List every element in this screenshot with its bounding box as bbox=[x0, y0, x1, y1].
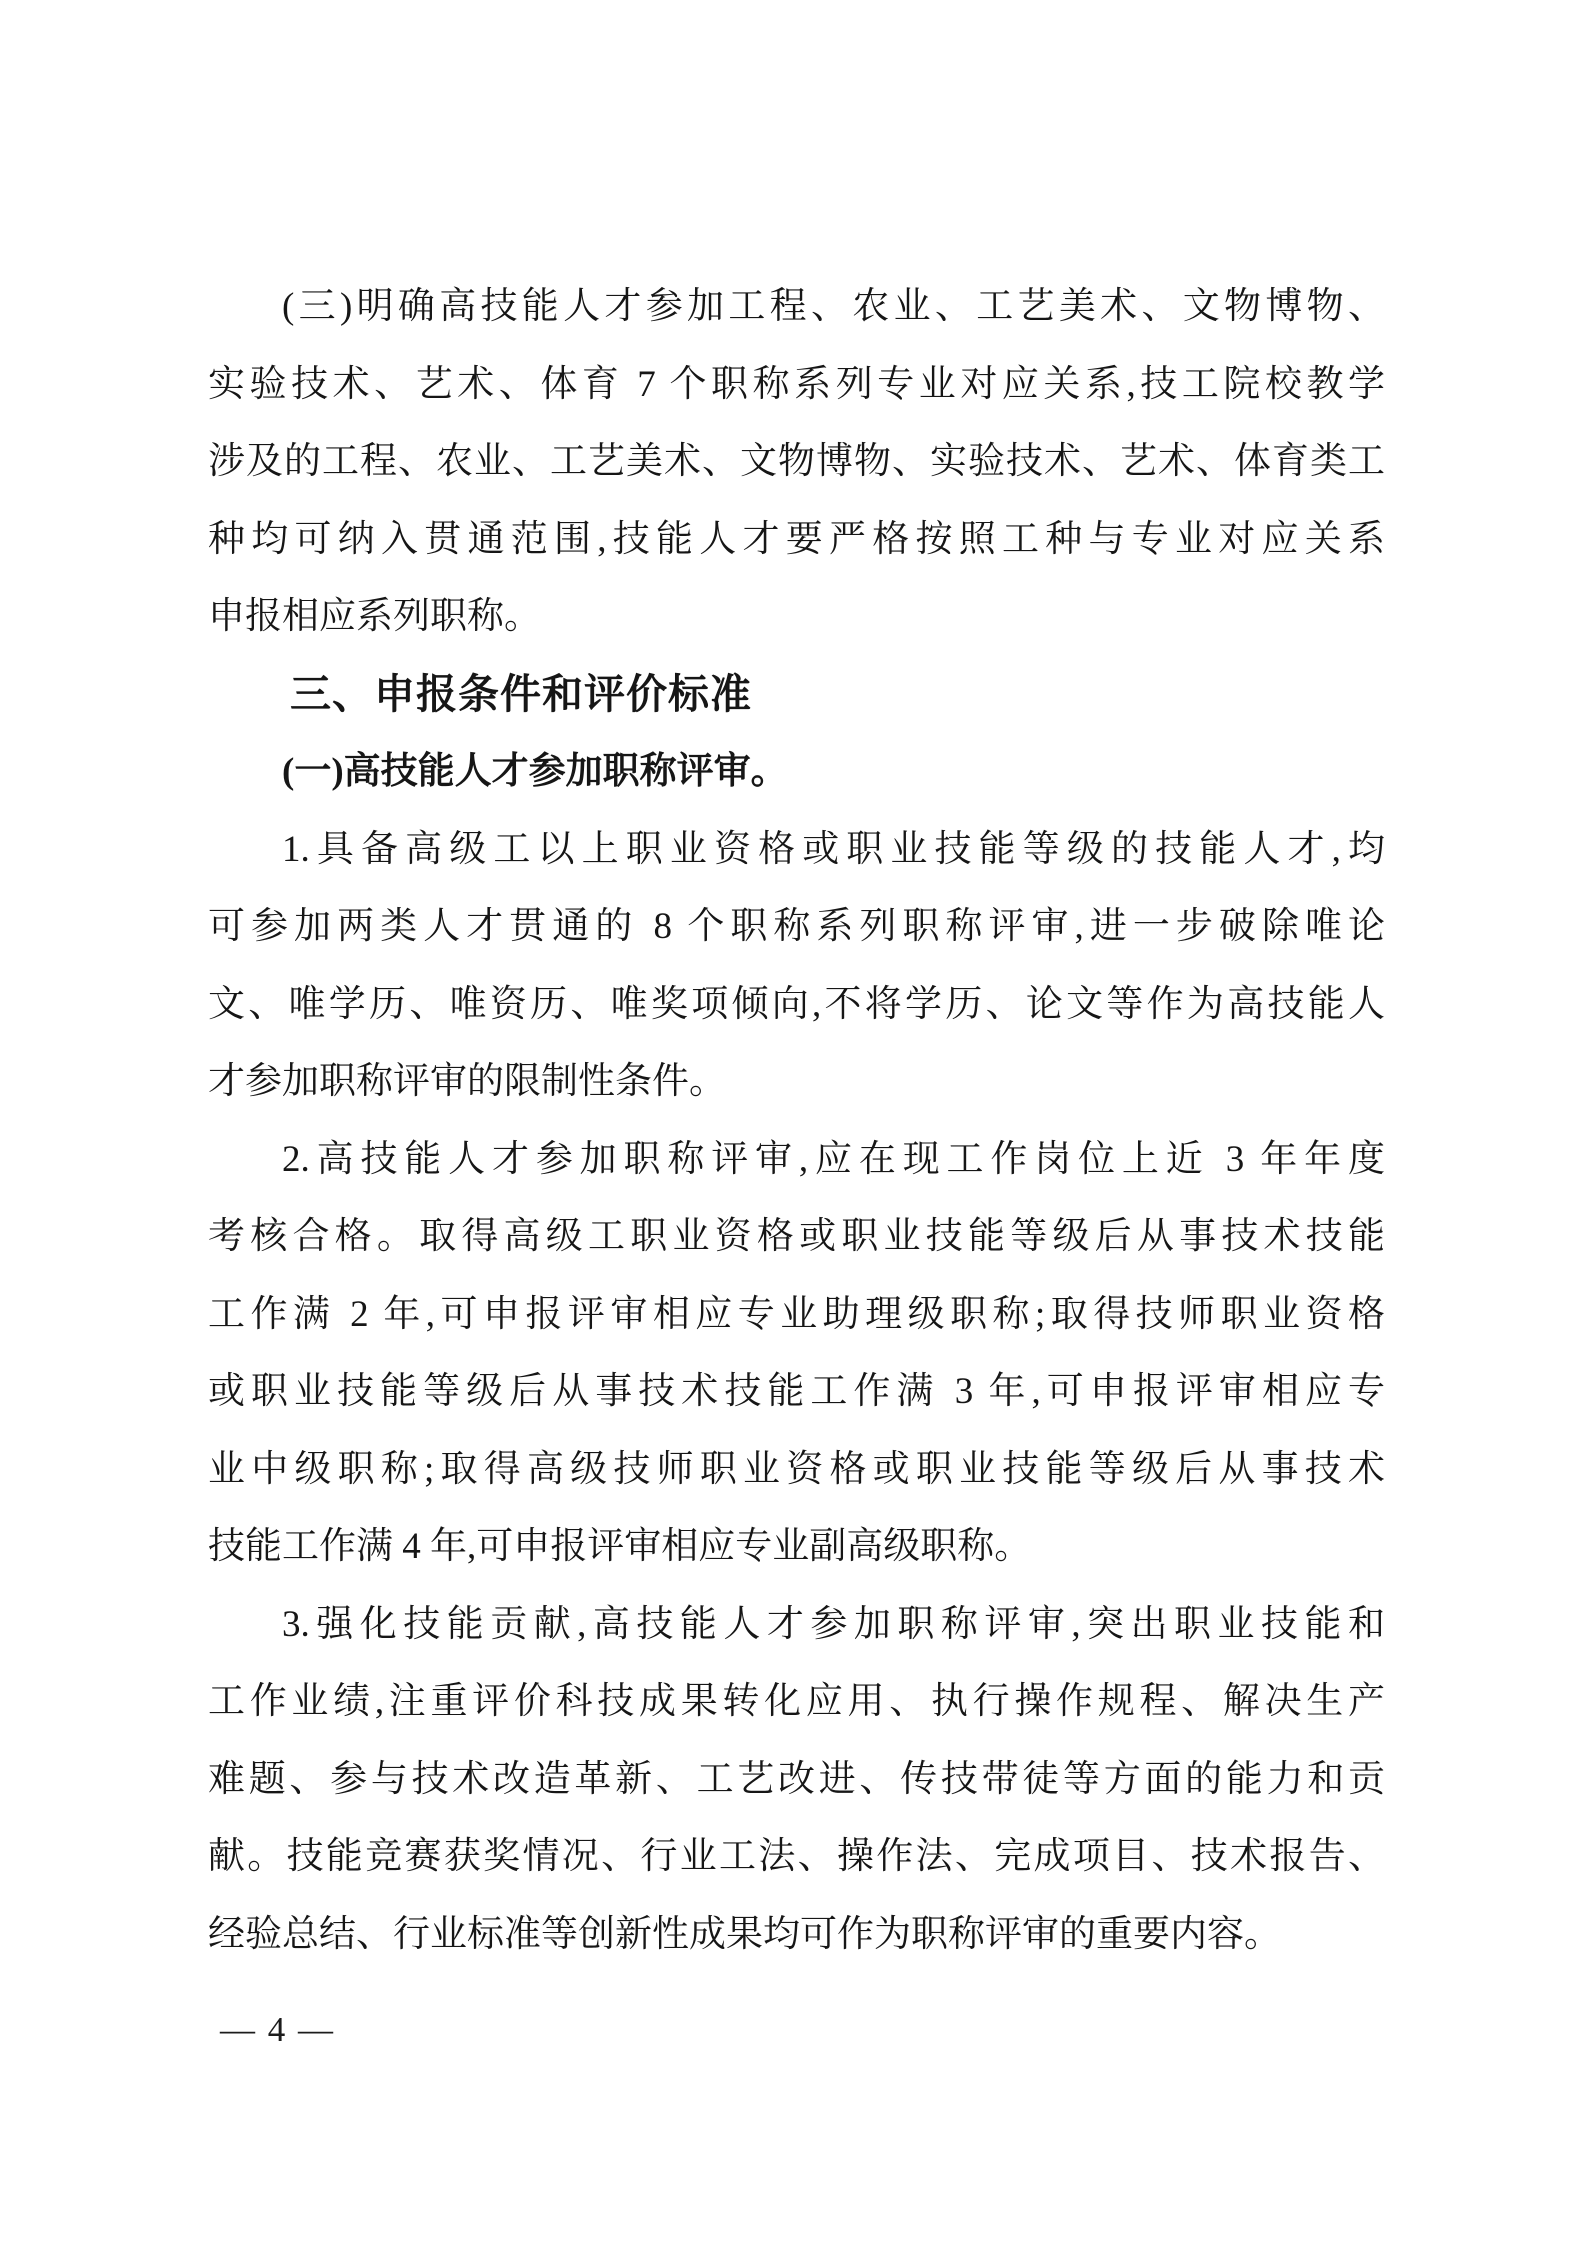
text-line: 才参加职称评审的限制性条件。 bbox=[208, 1043, 1385, 1121]
text-line: 3.强化技能贡献,高技能人才参加职称评审,突出职业技能和 bbox=[208, 1586, 1385, 1664]
text-line: 或职业技能等级后从事技术技能工作满 3 年,可申报评审相应专 bbox=[208, 1353, 1385, 1431]
text-line: 工作满 2 年,可申报评审相应专业助理级职称;取得技师职业资格 bbox=[208, 1276, 1385, 1354]
page-number: — 4 — bbox=[220, 2010, 335, 2050]
subsection-heading: (一)高技能人才参加职称评审。 bbox=[208, 733, 1385, 811]
text-line: 文、唯学历、唯资历、唯奖项倾向,不将学历、论文等作为高技能人 bbox=[208, 966, 1385, 1044]
text-line: 可参加两类人才贯通的 8 个职称系列职称评审,进一步破除唯论 bbox=[208, 888, 1385, 966]
text-line: 种均可纳入贯通范围,技能人才要严格按照工种与专业对应关系 bbox=[208, 501, 1385, 579]
document-page: (三)明确高技能人才参加工程、农业、工艺美术、文物博物、 实验技术、艺术、体育 … bbox=[0, 0, 1587, 2244]
text-line: 献。技能竞赛获奖情况、行业工法、操作法、完成项目、技术报告、 bbox=[208, 1818, 1385, 1896]
text-line: 1.具备高级工以上职业资格或职业技能等级的技能人才,均 bbox=[208, 811, 1385, 889]
text-line: 难题、参与技术改造革新、工艺改进、传技带徒等方面的能力和贡 bbox=[208, 1741, 1385, 1819]
text-line: 涉及的工程、农业、工艺美术、文物博物、实验技术、艺术、体育类工 bbox=[208, 423, 1385, 501]
text-line: (三)明确高技能人才参加工程、农业、工艺美术、文物博物、 bbox=[208, 268, 1385, 346]
text-line: 申报相应系列职称。 bbox=[208, 578, 1385, 656]
section-heading: 三、申报条件和评价标准 bbox=[208, 656, 1385, 734]
text-line: 实验技术、艺术、体育 7 个职称系列专业对应关系,技工院校教学 bbox=[208, 346, 1385, 424]
text-line: 2.高技能人才参加职称评审,应在现工作岗位上近 3 年年度 bbox=[208, 1121, 1385, 1199]
text-line: 技能工作满 4 年,可申报评审相应专业副高级职称。 bbox=[208, 1508, 1385, 1586]
document-body: (三)明确高技能人才参加工程、农业、工艺美术、文物博物、 实验技术、艺术、体育 … bbox=[208, 268, 1385, 1973]
text-line: 业中级职称;取得高级技师职业资格或职业技能等级后从事技术 bbox=[208, 1431, 1385, 1509]
text-line: 考核合格。取得高级工职业资格或职业技能等级后从事技术技能 bbox=[208, 1198, 1385, 1276]
text-line: 经验总结、行业标准等创新性成果均可作为职称评审的重要内容。 bbox=[208, 1896, 1385, 1974]
text-line: 工作业绩,注重评价科技成果转化应用、执行操作规程、解决生产 bbox=[208, 1663, 1385, 1741]
